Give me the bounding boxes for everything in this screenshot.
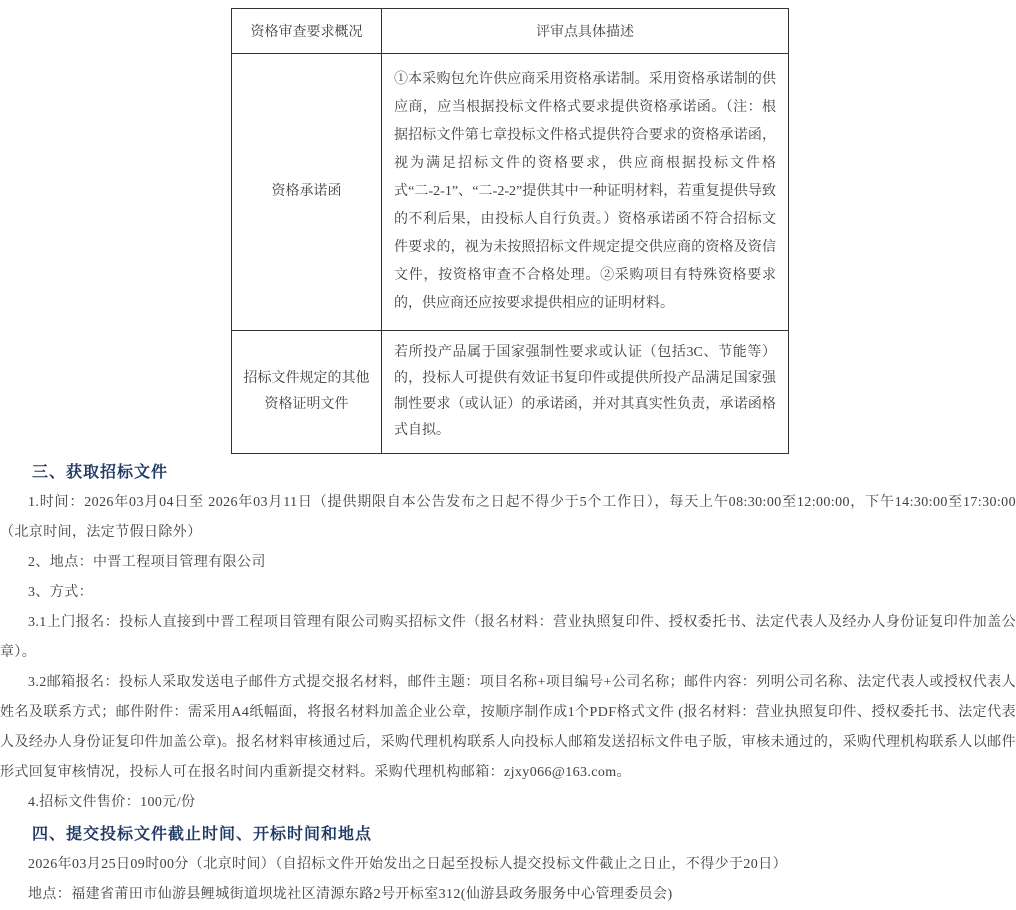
header-review-point-description: 评审点具体描述 [382, 9, 789, 54]
header-qualification-overview: 资格审查要求概况 [232, 9, 382, 54]
paragraph-deadline-time: 2026年03月25日09时00分（北京时间）（自招标文件开始发出之日起至投标人… [0, 850, 1016, 880]
paragraph-time: 1.时间：2026年03月04日至 2026年03月11日（提供期限自本公告发布… [0, 488, 1016, 548]
table-header-row: 资格审查要求概况 评审点具体描述 [232, 9, 789, 54]
paragraph-document-price: 4.招标文件售价：100元/份 [0, 788, 1016, 818]
paragraph-location: 2、地点：中晋工程项目管理有限公司 [0, 548, 1016, 578]
paragraph-onsite-registration: 3.1上门报名：投标人直接到中晋工程项目管理有限公司购买招标文件（报名材料：营业… [0, 608, 1016, 668]
tender-announcement-page: 资格审查要求概况 评审点具体描述 资格承诺函 ①本采购包允许供应商采用资格承诺制… [0, 8, 1016, 910]
qualification-review-table: 资格审查要求概况 评审点具体描述 资格承诺函 ①本采购包允许供应商采用资格承诺制… [231, 8, 789, 454]
section-heading-bid-submission-deadline: 四、提交投标文件截止时间、开标时间和地点 [0, 820, 1016, 850]
announcement-body: 三、获取招标文件 1.时间：2026年03月04日至 2026年03月11日（提… [0, 458, 1016, 910]
cell-other-qualification-documents-description: 若所投产品属于国家强制性要求或认证（包括3C、节能等）的，投标人可提供有效证书复… [382, 331, 789, 454]
cell-other-qualification-documents-label: 招标文件规定的其他资格证明文件 [232, 331, 382, 454]
paragraph-method: 3、方式： [0, 578, 1016, 608]
cell-qualification-commitment-letter-label: 资格承诺函 [232, 54, 382, 331]
paragraph-email-registration: 3.2邮箱报名：投标人采取发送电子邮件方式提交报名材料，邮件主题：项目名称+项目… [0, 668, 1016, 788]
section-heading-obtain-bid-documents: 三、获取招标文件 [0, 458, 1016, 488]
table-row: 资格承诺函 ①本采购包允许供应商采用资格承诺制。采用资格承诺制的供应商，应当根据… [232, 54, 789, 331]
paragraph-opening-location: 地点：福建省莆田市仙游县鲤城街道坝垅社区清源东路2号开标室312(仙游县政务服务… [0, 880, 1016, 910]
table-row: 招标文件规定的其他资格证明文件 若所投产品属于国家强制性要求或认证（包括3C、节… [232, 331, 789, 454]
cell-qualification-commitment-letter-description: ①本采购包允许供应商采用资格承诺制。采用资格承诺制的供应商，应当根据投标文件格式… [382, 54, 789, 331]
